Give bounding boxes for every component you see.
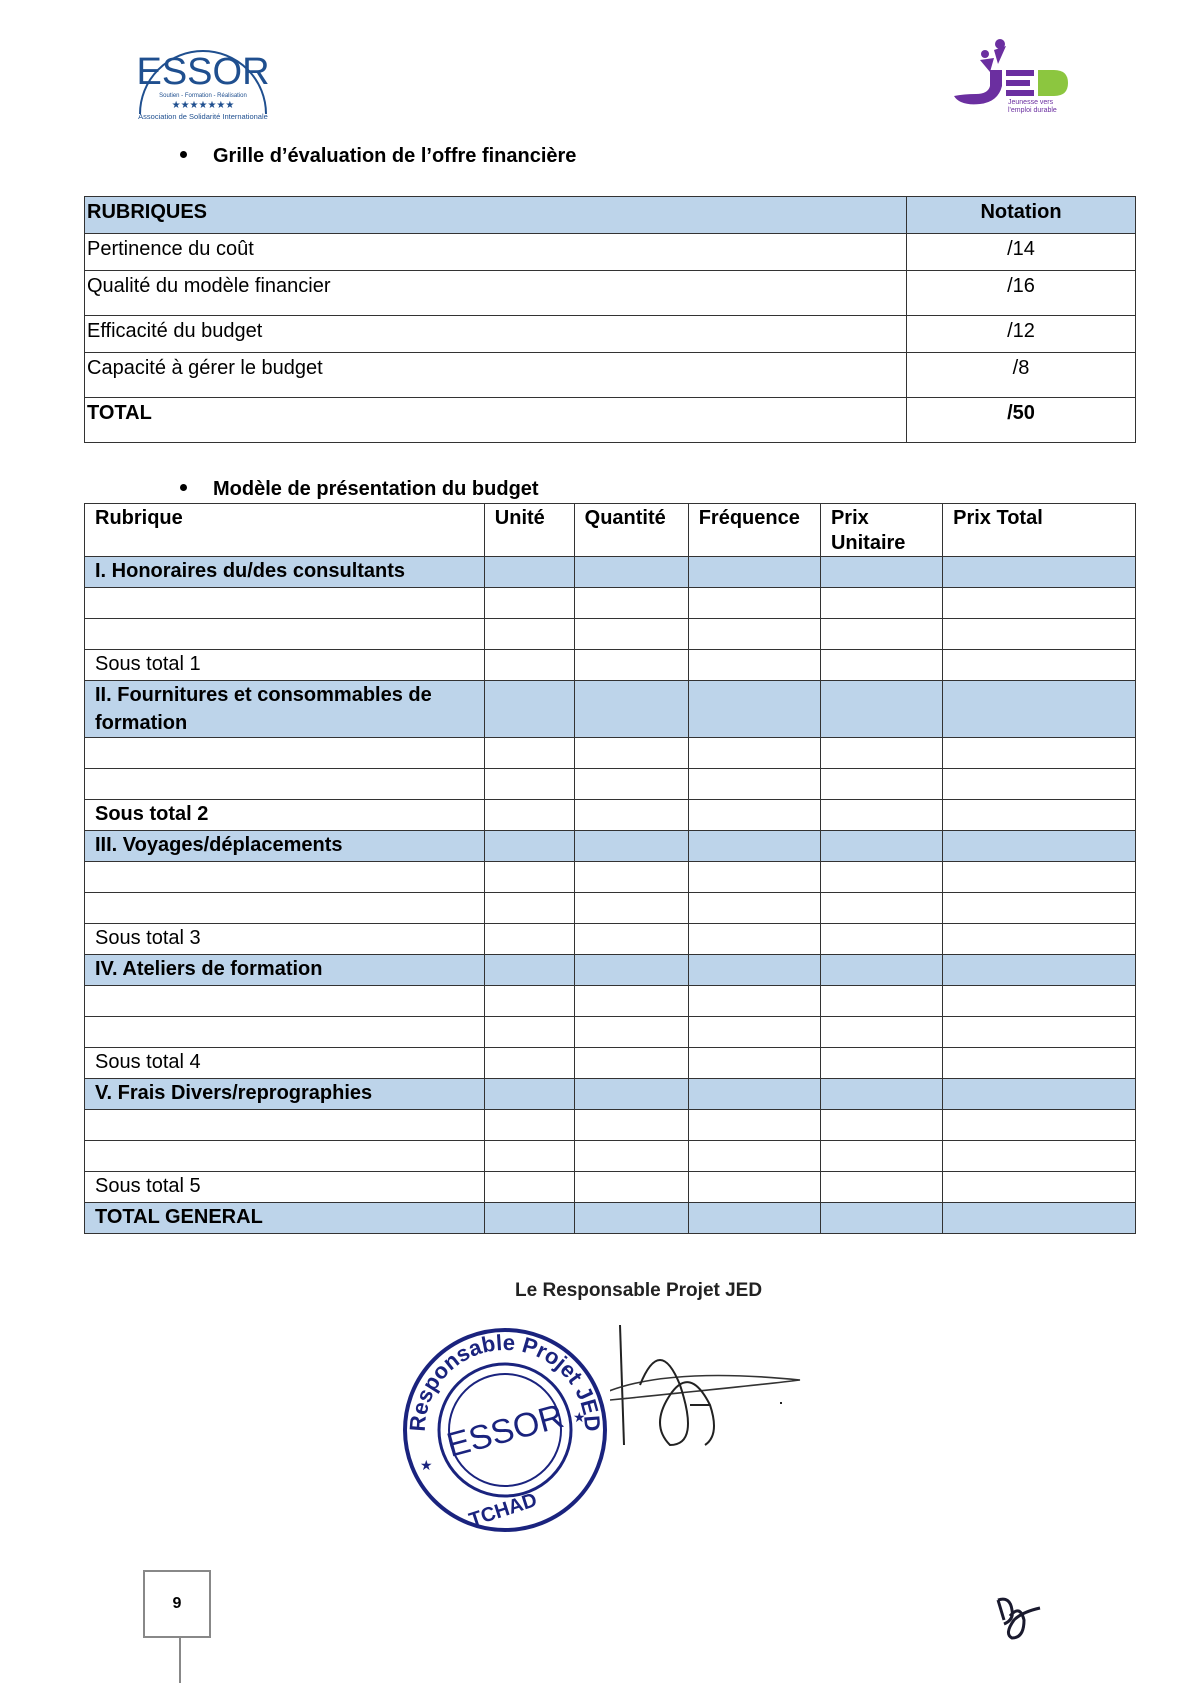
section-row: II. Fournitures et consommables de forma… <box>85 681 1136 738</box>
budget-cell <box>574 893 688 924</box>
budget-cell <box>574 831 688 862</box>
budget-cell <box>943 588 1136 619</box>
table-row: Qualité du modèle financier /16 <box>85 271 1136 316</box>
budget-cell <box>820 862 942 893</box>
header-unite: Unité <box>484 504 574 557</box>
budget-cell <box>688 557 820 588</box>
heading-text: Modèle de présentation du budget <box>213 478 539 500</box>
subtotal-row: Sous total 1 <box>85 650 1136 681</box>
budget-cell <box>943 1079 1136 1110</box>
row-label <box>85 769 485 800</box>
budget-cell <box>943 800 1136 831</box>
svg-text:ESSOR: ESSOR <box>443 1397 568 1465</box>
subtotal-row: Sous total 2 <box>85 800 1136 831</box>
budget-cell <box>574 955 688 986</box>
budget-cell <box>574 986 688 1017</box>
budget-cell <box>688 619 820 650</box>
budget-cell <box>820 738 942 769</box>
budget-cell <box>820 831 942 862</box>
budget-cell <box>574 619 688 650</box>
budget-cell <box>484 1048 574 1079</box>
budget-cell <box>688 1048 820 1079</box>
budget-cell <box>688 1110 820 1141</box>
table-row <box>85 769 1136 800</box>
header-rubriques: RUBRIQUES <box>85 197 907 234</box>
table-row: Capacité à gérer le budget /8 <box>85 353 1136 398</box>
budget-cell <box>820 1017 942 1048</box>
header-notation: Notation <box>907 197 1136 234</box>
budget-cell <box>820 1172 942 1203</box>
budget-cell <box>484 588 574 619</box>
total-label: TOTAL <box>85 398 907 443</box>
svg-text:ESSOR: ESSOR <box>136 51 269 93</box>
budget-cell <box>484 1203 574 1234</box>
budget-cell <box>574 738 688 769</box>
budget-cell <box>943 1110 1136 1141</box>
budget-cell <box>820 1079 942 1110</box>
initials-mark <box>990 1590 1050 1650</box>
svg-text:Jeunesse vers: Jeunesse vers <box>1008 99 1054 106</box>
row-label: Sous total 3 <box>85 924 485 955</box>
row-label <box>85 1110 485 1141</box>
row-label: Sous total 5 <box>85 1172 485 1203</box>
budget-table-body: I. Honoraires du/des consultantsSous tot… <box>85 557 1136 1234</box>
budget-cell <box>820 986 942 1017</box>
budget-cell <box>943 862 1136 893</box>
budget-cell <box>484 831 574 862</box>
signer-title: Le Responsable Projet JED <box>515 1280 762 1302</box>
handwritten-signature <box>610 1305 810 1465</box>
budget-cell <box>943 1203 1136 1234</box>
budget-cell <box>688 1079 820 1110</box>
criterion-label: Efficacité du budget <box>85 316 907 353</box>
total-score: /50 <box>907 398 1136 443</box>
budget-cell <box>484 619 574 650</box>
budget-cell <box>688 588 820 619</box>
budget-cell <box>574 650 688 681</box>
page-number: 9 <box>143 1570 211 1638</box>
header-prix-unitaire: Prix Unitaire <box>820 504 942 557</box>
budget-cell <box>688 1017 820 1048</box>
budget-cell <box>484 986 574 1017</box>
evaluation-table: RUBRIQUES Notation Pertinence du coût /1… <box>84 196 1136 443</box>
budget-cell <box>484 862 574 893</box>
budget-cell <box>688 893 820 924</box>
budget-cell <box>484 557 574 588</box>
budget-cell <box>574 1203 688 1234</box>
budget-cell <box>820 1110 942 1141</box>
budget-cell <box>943 738 1136 769</box>
budget-cell <box>820 1203 942 1234</box>
budget-cell <box>688 924 820 955</box>
budget-cell <box>943 1017 1136 1048</box>
table-row <box>85 588 1136 619</box>
budget-cell <box>574 1172 688 1203</box>
budget-cell <box>820 619 942 650</box>
budget-cell <box>484 800 574 831</box>
table-header-row: RUBRIQUES Notation <box>85 197 1136 234</box>
budget-cell <box>820 769 942 800</box>
row-label <box>85 986 485 1017</box>
header-rubrique: Rubrique <box>85 504 485 557</box>
budget-cell <box>574 1048 688 1079</box>
budget-cell <box>943 831 1136 862</box>
bullet-icon <box>180 151 187 158</box>
budget-cell <box>943 924 1136 955</box>
criterion-label: Qualité du modèle financier <box>85 271 907 316</box>
heading-text: Grille d’évaluation de l’offre financièr… <box>213 145 576 167</box>
row-label: III. Voyages/déplacements <box>85 831 485 862</box>
row-label <box>85 738 485 769</box>
jed-logo: Jeunesse vers l'emploi durable <box>950 36 1090 116</box>
budget-cell <box>943 557 1136 588</box>
budget-cell <box>943 1141 1136 1172</box>
budget-cell <box>484 769 574 800</box>
budget-cell <box>943 893 1136 924</box>
header-prix-total: Prix Total <box>943 504 1136 557</box>
budget-cell <box>688 1203 820 1234</box>
budget-cell <box>574 681 688 738</box>
subtotal-row: Sous total 3 <box>85 924 1136 955</box>
budget-cell <box>574 588 688 619</box>
budget-cell <box>688 1141 820 1172</box>
header-frequence: Fréquence <box>688 504 820 557</box>
budget-cell <box>574 862 688 893</box>
section-row: III. Voyages/déplacements <box>85 831 1136 862</box>
budget-cell <box>820 1141 942 1172</box>
row-label: Sous total 4 <box>85 1048 485 1079</box>
section-row: I. Honoraires du/des consultants <box>85 557 1136 588</box>
budget-cell <box>484 681 574 738</box>
table-row <box>85 738 1136 769</box>
budget-cell <box>574 924 688 955</box>
table-row <box>85 862 1136 893</box>
budget-cell <box>820 650 942 681</box>
table-row <box>85 1141 1136 1172</box>
table-row <box>85 1017 1136 1048</box>
budget-cell <box>688 862 820 893</box>
table-row: Efficacité du budget /12 <box>85 316 1136 353</box>
budget-cell <box>688 831 820 862</box>
budget-cell <box>688 769 820 800</box>
table-row <box>85 619 1136 650</box>
row-label <box>85 862 485 893</box>
row-label <box>85 1017 485 1048</box>
budget-cell <box>820 588 942 619</box>
budget-cell <box>688 955 820 986</box>
svg-text:Soutien - Formation - Réalisat: Soutien - Formation - Réalisation <box>159 93 247 99</box>
essor-logo: ESSOR Soutien - Formation - Réalisation … <box>128 22 278 132</box>
budget-cell <box>820 1048 942 1079</box>
budget-cell <box>820 924 942 955</box>
budget-table: Rubrique Unité Quantité Fréquence Prix U… <box>84 503 1136 1234</box>
table-row <box>85 893 1136 924</box>
section-row: IV. Ateliers de formation <box>85 955 1136 986</box>
criterion-label: Pertinence du coût <box>85 234 907 271</box>
section-heading-evaluation: Grille d’évaluation de l’offre financièr… <box>180 145 576 168</box>
budget-cell <box>943 1172 1136 1203</box>
budget-cell <box>484 738 574 769</box>
budget-cell <box>943 769 1136 800</box>
table-header-row: Rubrique Unité Quantité Fréquence Prix U… <box>85 504 1136 557</box>
budget-cell <box>484 1079 574 1110</box>
criterion-score: /16 <box>907 271 1136 316</box>
criterion-score: /12 <box>907 316 1136 353</box>
row-label <box>85 588 485 619</box>
budget-cell <box>484 893 574 924</box>
budget-cell <box>820 955 942 986</box>
page-number-connector <box>179 1638 181 1683</box>
budget-cell <box>943 955 1136 986</box>
budget-cell <box>688 738 820 769</box>
budget-cell <box>943 650 1136 681</box>
total-row: TOTAL /50 <box>85 398 1136 443</box>
official-stamp: Responsable Projet JED ESSOR TCHAD ★ ★ <box>395 1320 615 1540</box>
budget-cell <box>820 800 942 831</box>
budget-cell <box>820 893 942 924</box>
svg-text:l'emploi durable: l'emploi durable <box>1008 107 1057 114</box>
budget-cell <box>943 986 1136 1017</box>
criterion-label: Capacité à gérer le budget <box>85 353 907 398</box>
grand-total-row: TOTAL GENERAL <box>85 1203 1136 1234</box>
budget-cell <box>943 619 1136 650</box>
budget-cell <box>943 681 1136 738</box>
row-label: V. Frais Divers/reprographies <box>85 1079 485 1110</box>
budget-cell <box>574 1079 688 1110</box>
budget-cell <box>574 1110 688 1141</box>
budget-cell <box>820 557 942 588</box>
budget-cell <box>484 1172 574 1203</box>
row-label <box>85 1141 485 1172</box>
svg-text:★★★★★★★: ★★★★★★★ <box>172 100 235 111</box>
budget-cell <box>688 800 820 831</box>
svg-text:★: ★ <box>573 1409 586 1425</box>
budget-cell <box>688 986 820 1017</box>
section-row: V. Frais Divers/reprographies <box>85 1079 1136 1110</box>
table-row <box>85 986 1136 1017</box>
table-row <box>85 1110 1136 1141</box>
subtotal-row: Sous total 4 <box>85 1048 1136 1079</box>
section-heading-budget: Modèle de présentation du budget <box>180 478 539 501</box>
budget-cell <box>484 1110 574 1141</box>
budget-cell <box>943 1048 1136 1079</box>
subtotal-row: Sous total 5 <box>85 1172 1136 1203</box>
table-row: Pertinence du coût /14 <box>85 234 1136 271</box>
criterion-score: /8 <box>907 353 1136 398</box>
budget-cell <box>688 650 820 681</box>
budget-cell <box>484 650 574 681</box>
budget-cell <box>484 1141 574 1172</box>
budget-cell <box>484 1017 574 1048</box>
criterion-score: /14 <box>907 234 1136 271</box>
row-label <box>85 619 485 650</box>
budget-cell <box>574 800 688 831</box>
row-label: II. Fournitures et consommables de forma… <box>85 681 485 738</box>
row-label: IV. Ateliers de formation <box>85 955 485 986</box>
row-label: I. Honoraires du/des consultants <box>85 557 485 588</box>
budget-cell <box>484 924 574 955</box>
budget-cell <box>574 557 688 588</box>
budget-cell <box>820 681 942 738</box>
header-quantite: Quantité <box>574 504 688 557</box>
svg-text:Association de Solidarité Inte: Association de Solidarité Internationale <box>138 112 268 121</box>
bullet-icon <box>180 484 187 491</box>
row-label: Sous total 2 <box>85 800 485 831</box>
svg-text:★: ★ <box>420 1457 433 1473</box>
row-label: TOTAL GENERAL <box>85 1203 485 1234</box>
budget-cell <box>574 769 688 800</box>
budget-cell <box>574 1017 688 1048</box>
row-label <box>85 893 485 924</box>
budget-cell <box>688 681 820 738</box>
budget-cell <box>574 1141 688 1172</box>
row-label: Sous total 1 <box>85 650 485 681</box>
budget-cell <box>688 1172 820 1203</box>
budget-cell <box>484 955 574 986</box>
